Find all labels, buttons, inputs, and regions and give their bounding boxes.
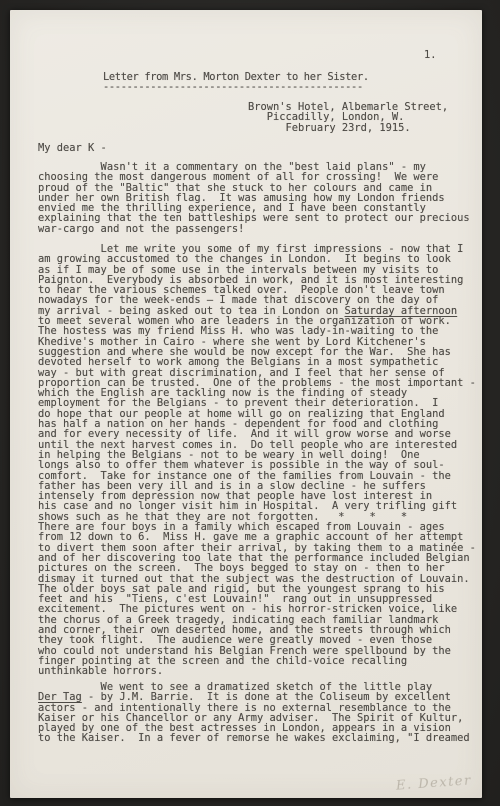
salutation: My dear K -: [38, 143, 107, 153]
paragraph-first-impressions: Let me write you some of my first impres…: [38, 244, 476, 676]
letter-page: 1. Letter from Mrs. Morton Dexter to her…: [10, 10, 482, 798]
letter-heading: Letter from Mrs. Morton Dexter to her Si…: [103, 72, 369, 93]
pencil-inscription: E. Dexter: [396, 773, 473, 793]
paragraph-crossing: Wasn't it a commentary on the "best laid…: [38, 162, 470, 234]
paragraph-der-tag: We went to see a dramatized sketch of th…: [38, 682, 470, 744]
photo-background: 1. Letter from Mrs. Morton Dexter to her…: [0, 0, 500, 806]
sender-address: Brown's Hotel, Albemarle Street, Piccadi…: [248, 102, 448, 133]
page-number: 1.: [424, 50, 437, 60]
title-dashed-underline: ----------------------------------------…: [103, 82, 369, 92]
